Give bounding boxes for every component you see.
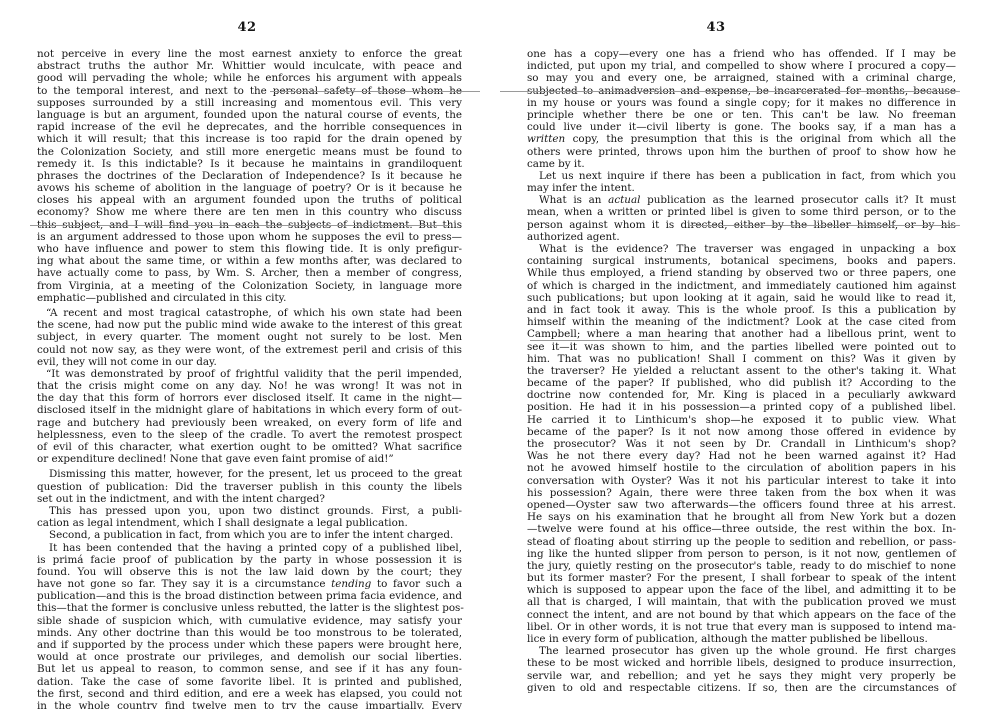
text-line: this—that the former is conclusive unles… (37, 602, 462, 614)
text-line: The learned prosecutor has given up the … (527, 645, 956, 657)
text-line: He says on his examination that he broug… (527, 511, 956, 523)
text-line: the traverser? He yielded a reluctant as… (527, 365, 956, 377)
emphasized-word: actual (608, 194, 640, 206)
text-line: He carried it to Linthicum's shop—he exp… (527, 414, 956, 426)
text-line: rage and butchery had previously been wr… (37, 417, 462, 429)
text-line: But let us appeal to reason, to common s… (37, 663, 462, 675)
text-line: It has been contended that the having a … (37, 542, 462, 554)
text-line: or expenditure declined! None that gave … (37, 453, 462, 465)
text-line: subject, in every quarter. The moment ou… (37, 331, 462, 343)
text-line: himself within the meaning of the indict… (527, 316, 956, 328)
text-line: “It was demonstrated by proof of frightf… (37, 368, 462, 380)
text-line: lice in every form of publication, altho… (527, 633, 956, 645)
text-line: see it—it was shown to him, and the part… (527, 341, 956, 353)
text-line: would at once prostrate our privileges, … (37, 651, 462, 663)
text-line: all that is charged, I will maintain, th… (527, 596, 956, 608)
text-line: the jury, quietly resting on the prosecu… (527, 560, 956, 572)
text-line: others were printed, throws upon him the… (527, 146, 956, 158)
text-line: Second, a publication in fact, from whic… (37, 529, 462, 541)
text-line: minds. Any other doctrine than this woul… (37, 627, 462, 639)
text-line: not perceive in every line the most earn… (37, 48, 462, 60)
text-line: What is the evidence? The traverser was … (527, 243, 956, 255)
text-line: dation. Take the case of some favorite l… (37, 676, 462, 688)
text-line: given to old and respectable citizens. I… (527, 682, 956, 694)
right-page: 43 one has a copy—every one has a friend… (500, 0, 1000, 709)
text-line: the scene, had now put the public mind w… (37, 319, 462, 331)
text-line: closes his appeal with an argument found… (37, 194, 462, 206)
text-line: authorized agent. (527, 231, 956, 243)
text-line: so may you and every one, be arraigned, … (527, 72, 956, 84)
text-line: remedy it. Is this indictable? Is it bec… (37, 158, 462, 170)
text-line: disclosed itself in the midnight glare o… (37, 404, 462, 416)
text-line: could live under it—civil liberty is gon… (527, 121, 956, 133)
text-line: position. He had it in his possession—a … (527, 401, 956, 413)
text-line: What is an actual publication as the lea… (527, 194, 956, 206)
scan-line-artifact (690, 225, 960, 226)
text-line: principle whether there be one or ten. T… (527, 109, 956, 121)
text-line: the first, second and third edition, and… (37, 688, 462, 700)
text-line: supposes surrounded by a still increasin… (37, 97, 462, 109)
text-line: conversation with Oyster? Was it not his… (527, 475, 956, 487)
text-line: libel. Or in other words, it is not true… (527, 621, 956, 633)
text-line: in my house or yours was found a single … (527, 97, 956, 109)
text-line: publication—and this is the broad distin… (37, 590, 462, 602)
text-line: set out in the indictment, and with the … (37, 493, 462, 505)
text-line: This has pressed upon you, upon two dist… (37, 505, 462, 517)
scan-line-artifact (500, 91, 960, 92)
scan-line-artifact (270, 91, 480, 92)
emphasized-word: tending (331, 578, 371, 590)
text-line: such publications; but upon looking at i… (527, 292, 956, 304)
text-line: emphatic—published and circulated in thi… (37, 292, 462, 304)
text-line: Campbell; where a man hearing that anoth… (527, 328, 956, 340)
text-line: avows his scheme of abolition in the lan… (37, 182, 462, 194)
text-line: Dismissing this matter, however, for the… (37, 468, 462, 480)
text-line: which is supposed to appear upon the fac… (527, 584, 956, 596)
text-line: indicted, put upon my trial, and compell… (527, 60, 956, 72)
text-line: language is but an argument, founded upo… (37, 109, 462, 121)
text-line: mean, when a written or printed libel is… (527, 206, 956, 218)
page-text: not perceive in every line the most earn… (37, 48, 462, 709)
text-line: but its former master? For the present, … (527, 572, 956, 584)
text-line: Was he not there every day? Had not he b… (527, 450, 956, 462)
text-line: rapid increase of the evil he deprecates… (37, 121, 462, 133)
text-line: have actually come to pass, by Wm. S. Ar… (37, 267, 462, 279)
text-line: economy? Show me where there are ten men… (37, 206, 462, 218)
text-line: good will pervading the whole; while he … (37, 72, 462, 84)
text-line: the prosecutor? Was it not seen by Dr. C… (527, 438, 956, 450)
scan-line-artifact (30, 225, 450, 226)
text-line: and in fact took it away. This is the wh… (527, 304, 956, 316)
text-line: not he avowed himself hostile to the cir… (527, 462, 956, 474)
text-line: have not gone so far. They say it is a c… (37, 578, 462, 590)
text-line: and if supported by the process under wh… (37, 639, 462, 651)
text-line: phrases the doctrines of the Declaration… (37, 170, 462, 182)
page-number: 43 (466, 20, 966, 35)
text-line: ing what about the same time, or within … (37, 255, 462, 267)
text-line: that the crisis might come on any day. N… (37, 380, 462, 392)
text-line: in the whole country find twelve men to … (37, 700, 462, 709)
text-line: helplessness, even to the sleep of the c… (37, 429, 462, 441)
text-line: became of the paper? Is it not now among… (527, 426, 956, 438)
text-line: containing surgical instruments, botanic… (527, 255, 956, 267)
text-line: his possession? Again, there were three … (527, 487, 956, 499)
text-line: these to be most wicked and horrible lib… (527, 657, 956, 669)
text-line: who have influence and power to stem thi… (37, 243, 462, 255)
text-line: him. That was no publication! Shall I co… (527, 353, 956, 365)
text-line: Let us next inquire if there has been a … (527, 170, 956, 182)
left-page: 42 not perceive in every line the most e… (0, 0, 500, 709)
text-line: —twelve were found at his office—three o… (527, 523, 956, 535)
text-line: cation as legal intendment, which I shal… (37, 517, 462, 529)
text-line: may infer the intent. (527, 182, 956, 194)
text-line: connect the intent, and are not bound by… (527, 609, 956, 621)
page-number: 42 (0, 20, 497, 35)
text-line: of evil of this character, what exertion… (37, 441, 462, 453)
text-line: of which is charged in the indictment, a… (527, 280, 956, 292)
text-line: one has a copy—every one has a friend wh… (527, 48, 956, 60)
text-line: from Virginia, at a meeting of the Colon… (37, 280, 462, 292)
text-line: became of the paper? If published, who d… (527, 377, 956, 389)
text-line: the Colonization Society, and still more… (37, 146, 462, 158)
text-line: came by it. (527, 158, 956, 170)
text-line: “A recent and most tragical catastrophe,… (37, 307, 462, 319)
text-line: written copy, the presumption that this … (527, 133, 956, 145)
text-line: servile war, and rebellion; and yet he s… (527, 670, 956, 682)
text-line: opened—Oyster saw two afterwards—the off… (527, 499, 956, 511)
text-line: question of publication: Did the travers… (37, 481, 462, 493)
text-line: sible shade of suspicion which, with cum… (37, 615, 462, 627)
text-line: stead of floating about stirring up the … (527, 536, 956, 548)
text-line: doctrine now contended for, Mr. King is … (527, 389, 956, 401)
text-line: the day that this form of horrors ever d… (37, 392, 462, 404)
text-line: While thus employed, a friend standing b… (527, 267, 956, 279)
scan-line-artifact (530, 340, 670, 341)
text-line: found. You will observe this is not the … (37, 566, 462, 578)
text-line: could not now say, as they were wont, of… (37, 344, 462, 356)
text-line: ing like the hunted slipper from person … (527, 548, 956, 560)
text-line: abstract truths the author Mr. Whittier … (37, 60, 462, 72)
text-line: evil, they will not come in our day. (37, 356, 462, 368)
emphasized-word: written (527, 133, 565, 145)
text-line: which it will result; that this increase… (37, 133, 462, 145)
page-text: one has a copy—every one has a friend wh… (527, 48, 956, 694)
text-line: is an argument addressed to those upon w… (37, 231, 462, 243)
text-line: is primá facie proof of publication by t… (37, 554, 462, 566)
